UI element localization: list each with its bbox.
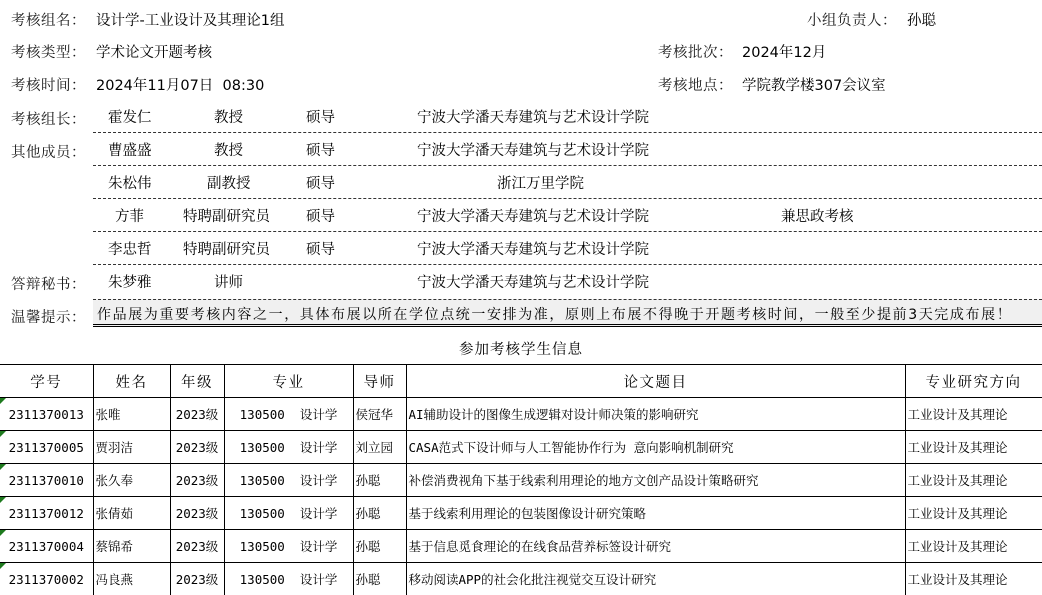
member-note: 兼思政考核 (781, 205, 854, 226)
member-role: 硕导 (306, 172, 335, 193)
notice-label: 温馨提示： (11, 306, 86, 327)
cell-grade[interactable]: 2023级 (170, 530, 224, 563)
leader-label: 小组负责人： (807, 9, 897, 30)
cell-title[interactable]: AI辅助设计的图像生成逻辑对设计师决策的影响研究 (406, 398, 905, 431)
col-header-title: 论文题目 (406, 365, 905, 398)
student-id: 2311370002 (9, 572, 84, 587)
col-header-direction: 专业研究方向 (905, 365, 1042, 398)
batch-label: 考核批次： (658, 41, 733, 62)
table-row: 2311370002 冯良燕 2023级 130500 设计学 孙聪 移动阅读A… (0, 563, 1042, 595)
col-header-name: 姓名 (93, 365, 170, 398)
table-row: 2311370010 张久奉 2023级 130500 设计学 孙聪 补偿消费视… (0, 464, 1042, 497)
cell-marker-icon (0, 464, 6, 470)
table-row: 2311370013 张唯 2023级 130500 设计学 侯冠华 AI辅助设… (0, 398, 1042, 431)
student-id: 2311370010 (9, 473, 84, 488)
cell-name[interactable]: 张倩茹 (93, 497, 170, 530)
table-row: 2311370005 贾羽洁 2023级 130500 设计学 刘立园 CASA… (0, 431, 1042, 464)
cell-name[interactable]: 蔡锦希 (93, 530, 170, 563)
cell-grade[interactable]: 2023级 (170, 431, 224, 464)
cell-direction[interactable]: 工业设计及其理论 (905, 398, 1042, 431)
member-role: 硕导 (306, 238, 335, 259)
member-row: 李忠哲 特聘副研究员 硕导 宁波大学潘天寿建筑与艺术设计学院 (93, 232, 1042, 265)
cell-major[interactable]: 130500 设计学 (224, 563, 353, 595)
cell-direction[interactable]: 工业设计及其理论 (905, 497, 1042, 530)
cell-id[interactable]: 2311370005 (0, 431, 93, 464)
col-header-major: 专业 (224, 365, 353, 398)
cell-grade[interactable]: 2023级 (170, 497, 224, 530)
cell-title[interactable]: 移动阅读APP的社会化批注视觉交互设计研究 (406, 563, 905, 595)
cell-major[interactable]: 130500 设计学 (224, 464, 353, 497)
member-affiliation: 浙江万里学院 (497, 172, 584, 193)
cell-id[interactable]: 2311370012 (0, 497, 93, 530)
col-header-grade: 年级 (170, 365, 224, 398)
cell-major[interactable]: 130500 设计学 (224, 530, 353, 563)
col-header-id: 学号 (0, 365, 93, 398)
type-label: 考核类型： (11, 41, 86, 62)
cell-grade[interactable]: 2023级 (170, 398, 224, 431)
member-affiliation: 宁波大学潘天寿建筑与艺术设计学院 (417, 205, 649, 226)
cell-advisor[interactable]: 孙聪 (353, 530, 406, 563)
others-label: 其他成员： (11, 141, 86, 162)
member-title: 讲师 (214, 271, 243, 292)
member-name: 朱梦雅 (108, 271, 152, 292)
col-header-advisor: 导师 (353, 365, 406, 398)
cell-name[interactable]: 贾羽洁 (93, 431, 170, 464)
member-row: 曹盛盛 教授 硕导 宁波大学潘天寿建筑与艺术设计学院 (93, 133, 1042, 166)
table-row: 2311370004 蔡锦希 2023级 130500 设计学 孙聪 基于信息觅… (0, 530, 1042, 563)
member-title: 教授 (214, 139, 243, 160)
cell-id[interactable]: 2311370002 (0, 563, 93, 595)
student-id: 2311370012 (9, 506, 84, 521)
cell-id[interactable]: 2311370013 (0, 398, 93, 431)
member-row: 朱梦雅 讲师 宁波大学潘天寿建筑与艺术设计学院 (93, 265, 1042, 298)
cell-major[interactable]: 130500 设计学 (224, 497, 353, 530)
cell-title[interactable]: 基于信息觅食理论的在线食品营养标签设计研究 (406, 530, 905, 563)
cell-name[interactable]: 张久奉 (93, 464, 170, 497)
cell-advisor[interactable]: 孙聪 (353, 563, 406, 595)
member-row: 朱松伟 副教授 硕导 浙江万里学院 (93, 166, 1042, 199)
cell-direction[interactable]: 工业设计及其理论 (905, 563, 1042, 595)
cell-grade[interactable]: 2023级 (170, 464, 224, 497)
notice-text: 作品展为重要考核内容之一，具体布展以所在学位点统一安排为准，原则上布展不得晚于开… (93, 299, 1042, 327)
cell-marker-icon (0, 497, 6, 503)
member-affiliation: 宁波大学潘天寿建筑与艺术设计学院 (417, 106, 649, 127)
leader-value: 孙聪 (907, 9, 936, 30)
student-id: 2311370013 (9, 407, 84, 422)
member-affiliation: 宁波大学潘天寿建筑与艺术设计学院 (417, 139, 649, 160)
cell-advisor[interactable]: 刘立园 (353, 431, 406, 464)
member-name: 李忠哲 (108, 238, 152, 259)
cell-direction[interactable]: 工业设计及其理论 (905, 431, 1042, 464)
member-title: 副教授 (207, 172, 251, 193)
member-title: 特聘副研究员 (183, 238, 270, 259)
member-affiliation: 宁波大学潘天寿建筑与艺术设计学院 (417, 271, 649, 292)
table-header-row: 学号 姓名 年级 专业 导师 论文题目 专业研究方向 (0, 365, 1042, 398)
student-id: 2311370004 (9, 539, 84, 554)
member-row: 方菲 特聘副研究员 硕导 宁波大学潘天寿建筑与艺术设计学院 兼思政考核 (93, 199, 1042, 232)
member-name: 朱松伟 (108, 172, 152, 193)
cell-advisor[interactable]: 侯冠华 (353, 398, 406, 431)
cell-title[interactable]: CASA范式下设计师与人工智能协作行为 意向影响机制研究 (406, 431, 905, 464)
cell-marker-icon (0, 431, 6, 437)
cell-name[interactable]: 冯良燕 (93, 563, 170, 595)
member-title: 教授 (214, 106, 243, 127)
member-name: 霍发仁 (108, 106, 152, 127)
time-label: 考核时间： (11, 74, 86, 95)
cell-major[interactable]: 130500 设计学 (224, 431, 353, 464)
cell-marker-icon (0, 530, 6, 536)
chair-label: 考核组长： (11, 108, 86, 129)
cell-direction[interactable]: 工业设计及其理论 (905, 530, 1042, 563)
cell-marker-icon (0, 563, 6, 569)
member-row: 霍发仁 教授 硕导 宁波大学潘天寿建筑与艺术设计学院 (93, 100, 1042, 133)
cell-marker-icon (0, 398, 6, 404)
group-name-label: 考核组名： (11, 9, 86, 30)
cell-name[interactable]: 张唯 (93, 398, 170, 431)
location-value: 学院教学楼307会议室 (742, 74, 886, 95)
member-name: 方菲 (115, 205, 144, 226)
member-name: 曹盛盛 (108, 139, 152, 160)
cell-id[interactable]: 2311370010 (0, 464, 93, 497)
member-role: 硕导 (306, 139, 335, 160)
cell-direction[interactable]: 工业设计及其理论 (905, 464, 1042, 497)
member-title: 特聘副研究员 (183, 205, 270, 226)
batch-value: 2024年12月 (742, 41, 826, 62)
cell-major[interactable]: 130500 设计学 (224, 398, 353, 431)
cell-id[interactable]: 2311370004 (0, 530, 93, 563)
cell-title[interactable]: 补偿消费视角下基于线索利用理论的地方文创产品设计策略研究 (406, 464, 905, 497)
secretary-label: 答辩秘书： (11, 273, 86, 294)
location-label: 考核地点： (658, 74, 733, 95)
group-name-value: 设计学-工业设计及其理论1组 (96, 9, 284, 30)
member-role: 硕导 (306, 106, 335, 127)
member-role: 硕导 (306, 205, 335, 226)
time-value: 2024年11月07日 08:30 (96, 74, 264, 95)
type-value: 学术论文开题考核 (96, 41, 212, 62)
students-table: 学号 姓名 年级 专业 导师 论文题目 专业研究方向 2311370013 张唯… (0, 364, 1042, 595)
member-affiliation: 宁波大学潘天寿建筑与艺术设计学院 (417, 238, 649, 259)
cell-advisor[interactable]: 孙聪 (353, 497, 406, 530)
table-row: 2311370012 张倩茹 2023级 130500 设计学 孙聪 基于线索利… (0, 497, 1042, 530)
cell-grade[interactable]: 2023级 (170, 563, 224, 595)
cell-title[interactable]: 基于线索利用理论的包装图像设计研究策略 (406, 497, 905, 530)
students-section-title: 参加考核学生信息 (0, 338, 1042, 359)
cell-advisor[interactable]: 孙聪 (353, 464, 406, 497)
student-id: 2311370005 (9, 440, 84, 455)
